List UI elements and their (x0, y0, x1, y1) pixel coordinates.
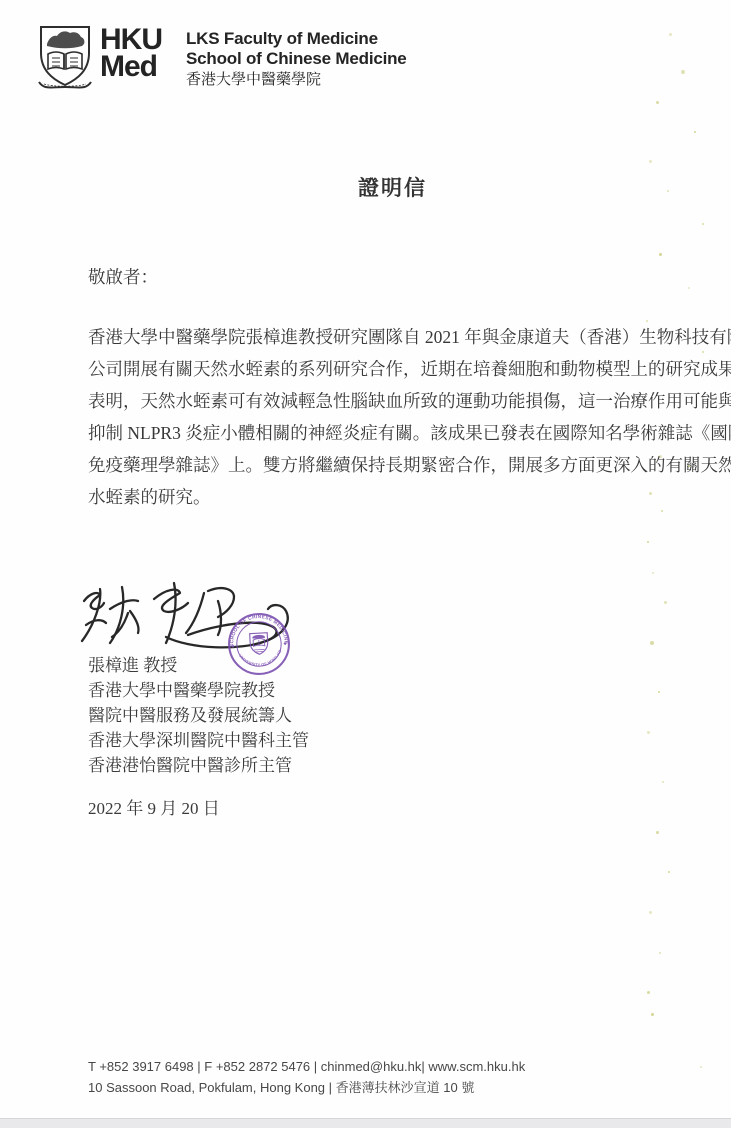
body-line: 水蛭素的研究。 (88, 481, 702, 513)
body-line: 免疫藥理學雜誌》上。雙方將繼續保持長期緊密合作，開展多方面更深入的有關天然 (88, 449, 702, 481)
scan-speck (681, 70, 685, 74)
wordmark-line-2: Med (100, 53, 162, 80)
faculty-name-en-2: School of Chinese Medicine (186, 49, 407, 69)
signer-name: 張樟進 教授 (88, 653, 309, 678)
page-bottom-edge (0, 1118, 731, 1128)
scan-speck (694, 131, 696, 133)
salutation: 敬啟者： (88, 264, 158, 289)
crest-lion (47, 31, 84, 48)
letter-date: 2022 年 9 月 20 日 (88, 794, 220, 819)
scan-speck (688, 465, 690, 467)
scan-speck (669, 33, 672, 36)
hku-med-wordmark: HKU Med (100, 26, 162, 80)
scan-speck (668, 871, 670, 873)
faculty-name-en-1: LKS Faculty of Medicine (186, 29, 407, 49)
scan-speck (667, 190, 669, 192)
faculty-name-zh: 香港大學中醫藥學院 (186, 70, 407, 90)
scan-speck (656, 831, 659, 834)
footer-address-line: 10 Sassoon Road, Pokfulam, Hong Kong | 香… (88, 1077, 525, 1098)
scan-speck (664, 601, 667, 604)
signer-block: 張樟進 教授 香港大學中醫藥學院教授 醫院中醫服務及發展統籌人 香港大學深圳醫院… (88, 653, 309, 778)
letter-page: HKU Med LKS Faculty of Medicine School o… (0, 0, 731, 1128)
scan-speck (646, 320, 648, 322)
body-line: 表明，天然水蛭素可有效減輕急性腦缺血所致的運動功能損傷，這一治療作用可能與 (88, 385, 702, 417)
scan-speck (659, 253, 662, 256)
scan-speck (661, 510, 663, 512)
scan-speck (702, 351, 704, 353)
wordmark-line-1: HKU (100, 26, 162, 53)
scan-speck (658, 691, 660, 693)
faculty-name-block: LKS Faculty of Medicine School of Chines… (186, 29, 407, 90)
hku-crest-icon (34, 24, 96, 94)
footer-contact-line: T +852 3917 6498 | F +852 2872 5476 | ch… (88, 1056, 525, 1077)
scan-speck (651, 1013, 654, 1016)
scan-speck (649, 160, 652, 163)
body-line: 公司開展有關天然水蛭素的系列研究合作，近期在培養細胞和動物模型上的研究成果 (88, 353, 702, 385)
scan-speck (659, 952, 661, 954)
signer-title-3: 香港大學深圳醫院中醫科主管 (88, 728, 309, 753)
signer-title-1: 香港大學中醫藥學院教授 (88, 678, 309, 703)
scan-speck (688, 287, 690, 289)
scan-speck (647, 991, 650, 994)
body-line: 香港大學中醫藥學院張樟進教授研究團隊自 2021 年與金康道夫（香港）生物科技有… (88, 321, 702, 353)
footer-block: T +852 3917 6498 | F +852 2872 5476 | ch… (88, 1056, 525, 1098)
body-line: 抑制 NLPR3 炎症小體相關的神經炎症有關。該成果已發表在國際知名學術雜誌《國… (88, 417, 702, 449)
scan-speck (647, 541, 649, 543)
scan-speck (647, 731, 650, 734)
scan-speck (700, 1066, 702, 1068)
signer-title-2: 醫院中醫服務及發展統籌人 (88, 703, 309, 728)
scan-speck (656, 101, 659, 104)
scan-speck (649, 911, 652, 914)
letter-title: 證明信 (85, 172, 700, 202)
scan-speck (649, 492, 652, 495)
scan-speck (662, 781, 664, 783)
signer-title-4: 香港港怡醫院中醫診所主管 (88, 753, 309, 778)
body-paragraph: 香港大學中醫藥學院張樟進教授研究團隊自 2021 年與金康道夫（香港）生物科技有… (88, 321, 702, 513)
scan-speck (702, 223, 704, 225)
scan-speck (652, 572, 654, 574)
scan-speck (650, 641, 654, 645)
scan-speck (659, 455, 662, 458)
